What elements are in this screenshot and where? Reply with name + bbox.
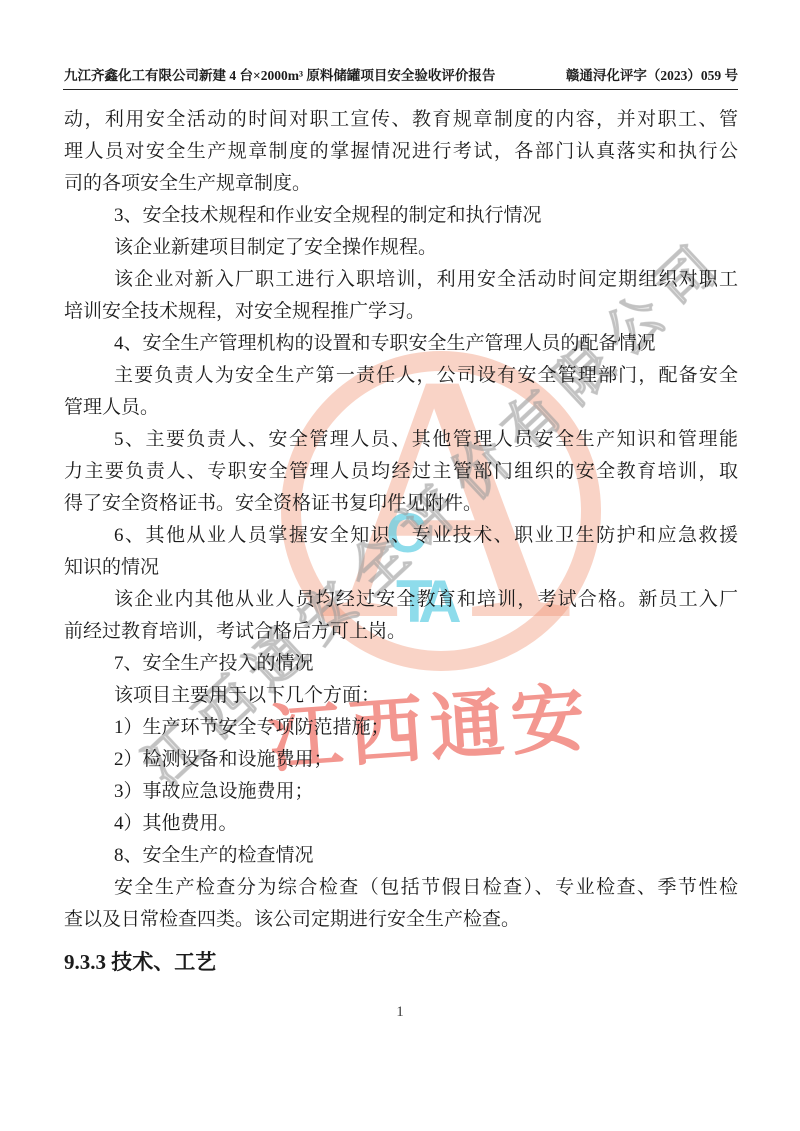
- body-line: 2）检测设备和设施费用；: [64, 744, 738, 776]
- page-number: 1: [0, 1004, 800, 1021]
- body-line: 该企业新建项目制定了安全操作规程。: [64, 232, 738, 264]
- body-line: 8、安全生产的检查情况: [64, 840, 738, 872]
- header-report-title: 九江齐鑫化工有限公司新建 4 台×2000m³ 原料储罐项目安全验收评价报告: [64, 66, 495, 86]
- body-line: 5、主要负责人、安全管理人员、其他管理人员安全生产知识和管理能: [64, 424, 738, 456]
- body-line: 知识的情况: [64, 552, 738, 584]
- body-line: 该企业内其他从业人员均经过安全教育和培训，考试合格。新员工入厂: [64, 584, 738, 616]
- body-line: 司的各项安全生产规章制度。: [64, 168, 738, 200]
- body-line: 前经过教育培训，考试合格后方可上岗。: [64, 616, 738, 648]
- header-rule: [63, 89, 738, 90]
- body-line: 查以及日常检查四类。该公司定期进行安全生产检查。: [64, 904, 738, 936]
- body-line: 培训安全技术规程，对安全规程推广学习。: [64, 296, 738, 328]
- body-line: 3、安全技术规程和作业安全规程的制定和执行情况: [64, 200, 738, 232]
- body-line: 力主要负责人、专职安全管理人员均经过主管部门组织的安全教育培训，取: [64, 456, 738, 488]
- body-line: 3）事故应急设施费用；: [64, 776, 738, 808]
- document-page: A C TA 江西通安全评价有限公司 江西通安 九江齐鑫化工有限公司新建 4 台…: [0, 0, 800, 1131]
- body-line: 4）其他费用。: [64, 808, 738, 840]
- body-line: 7、安全生产投入的情况: [64, 648, 738, 680]
- body-line: 6、其他从业人员掌握安全知识、专业技术、职业卫生防护和应急救援: [64, 520, 738, 552]
- body-line: 理人员对安全生产规章制度的掌握情况进行考试，各部门认真落实和执行公: [64, 136, 738, 168]
- document-body: 动，利用安全活动的时间对职工宣传、教育规章制度的内容，并对职工、管理人员对安全生…: [64, 104, 738, 936]
- body-line: 4、安全生产管理机构的设置和专职安全生产管理人员的配备情况: [64, 328, 738, 360]
- body-line: 主要负责人为安全生产第一责任人，公司设有安全管理部门，配备安全: [64, 360, 738, 392]
- body-line: 1）生产环节安全专项防范措施；: [64, 712, 738, 744]
- body-line: 该项目主要用于以下几个方面：: [64, 680, 738, 712]
- body-line: 安全生产检查分为综合检查（包括节假日检查）、专业检查、季节性检: [64, 872, 738, 904]
- section-heading: 9.3.3 技术、工艺: [64, 947, 738, 977]
- page-header: 九江齐鑫化工有限公司新建 4 台×2000m³ 原料储罐项目安全验收评价报告 赣…: [64, 66, 738, 86]
- body-line: 管理人员。: [64, 392, 738, 424]
- body-line: 动，利用安全活动的时间对职工宣传、教育规章制度的内容，并对职工、管: [64, 104, 738, 136]
- body-line: 该企业对新入厂职工进行入职培训，利用安全活动时间定期组织对职工: [64, 264, 738, 296]
- header-document-number: 赣通浔化评字（2023）059 号: [566, 66, 738, 86]
- body-line: 得了安全资格证书。安全资格证书复印件见附件。: [64, 488, 738, 520]
